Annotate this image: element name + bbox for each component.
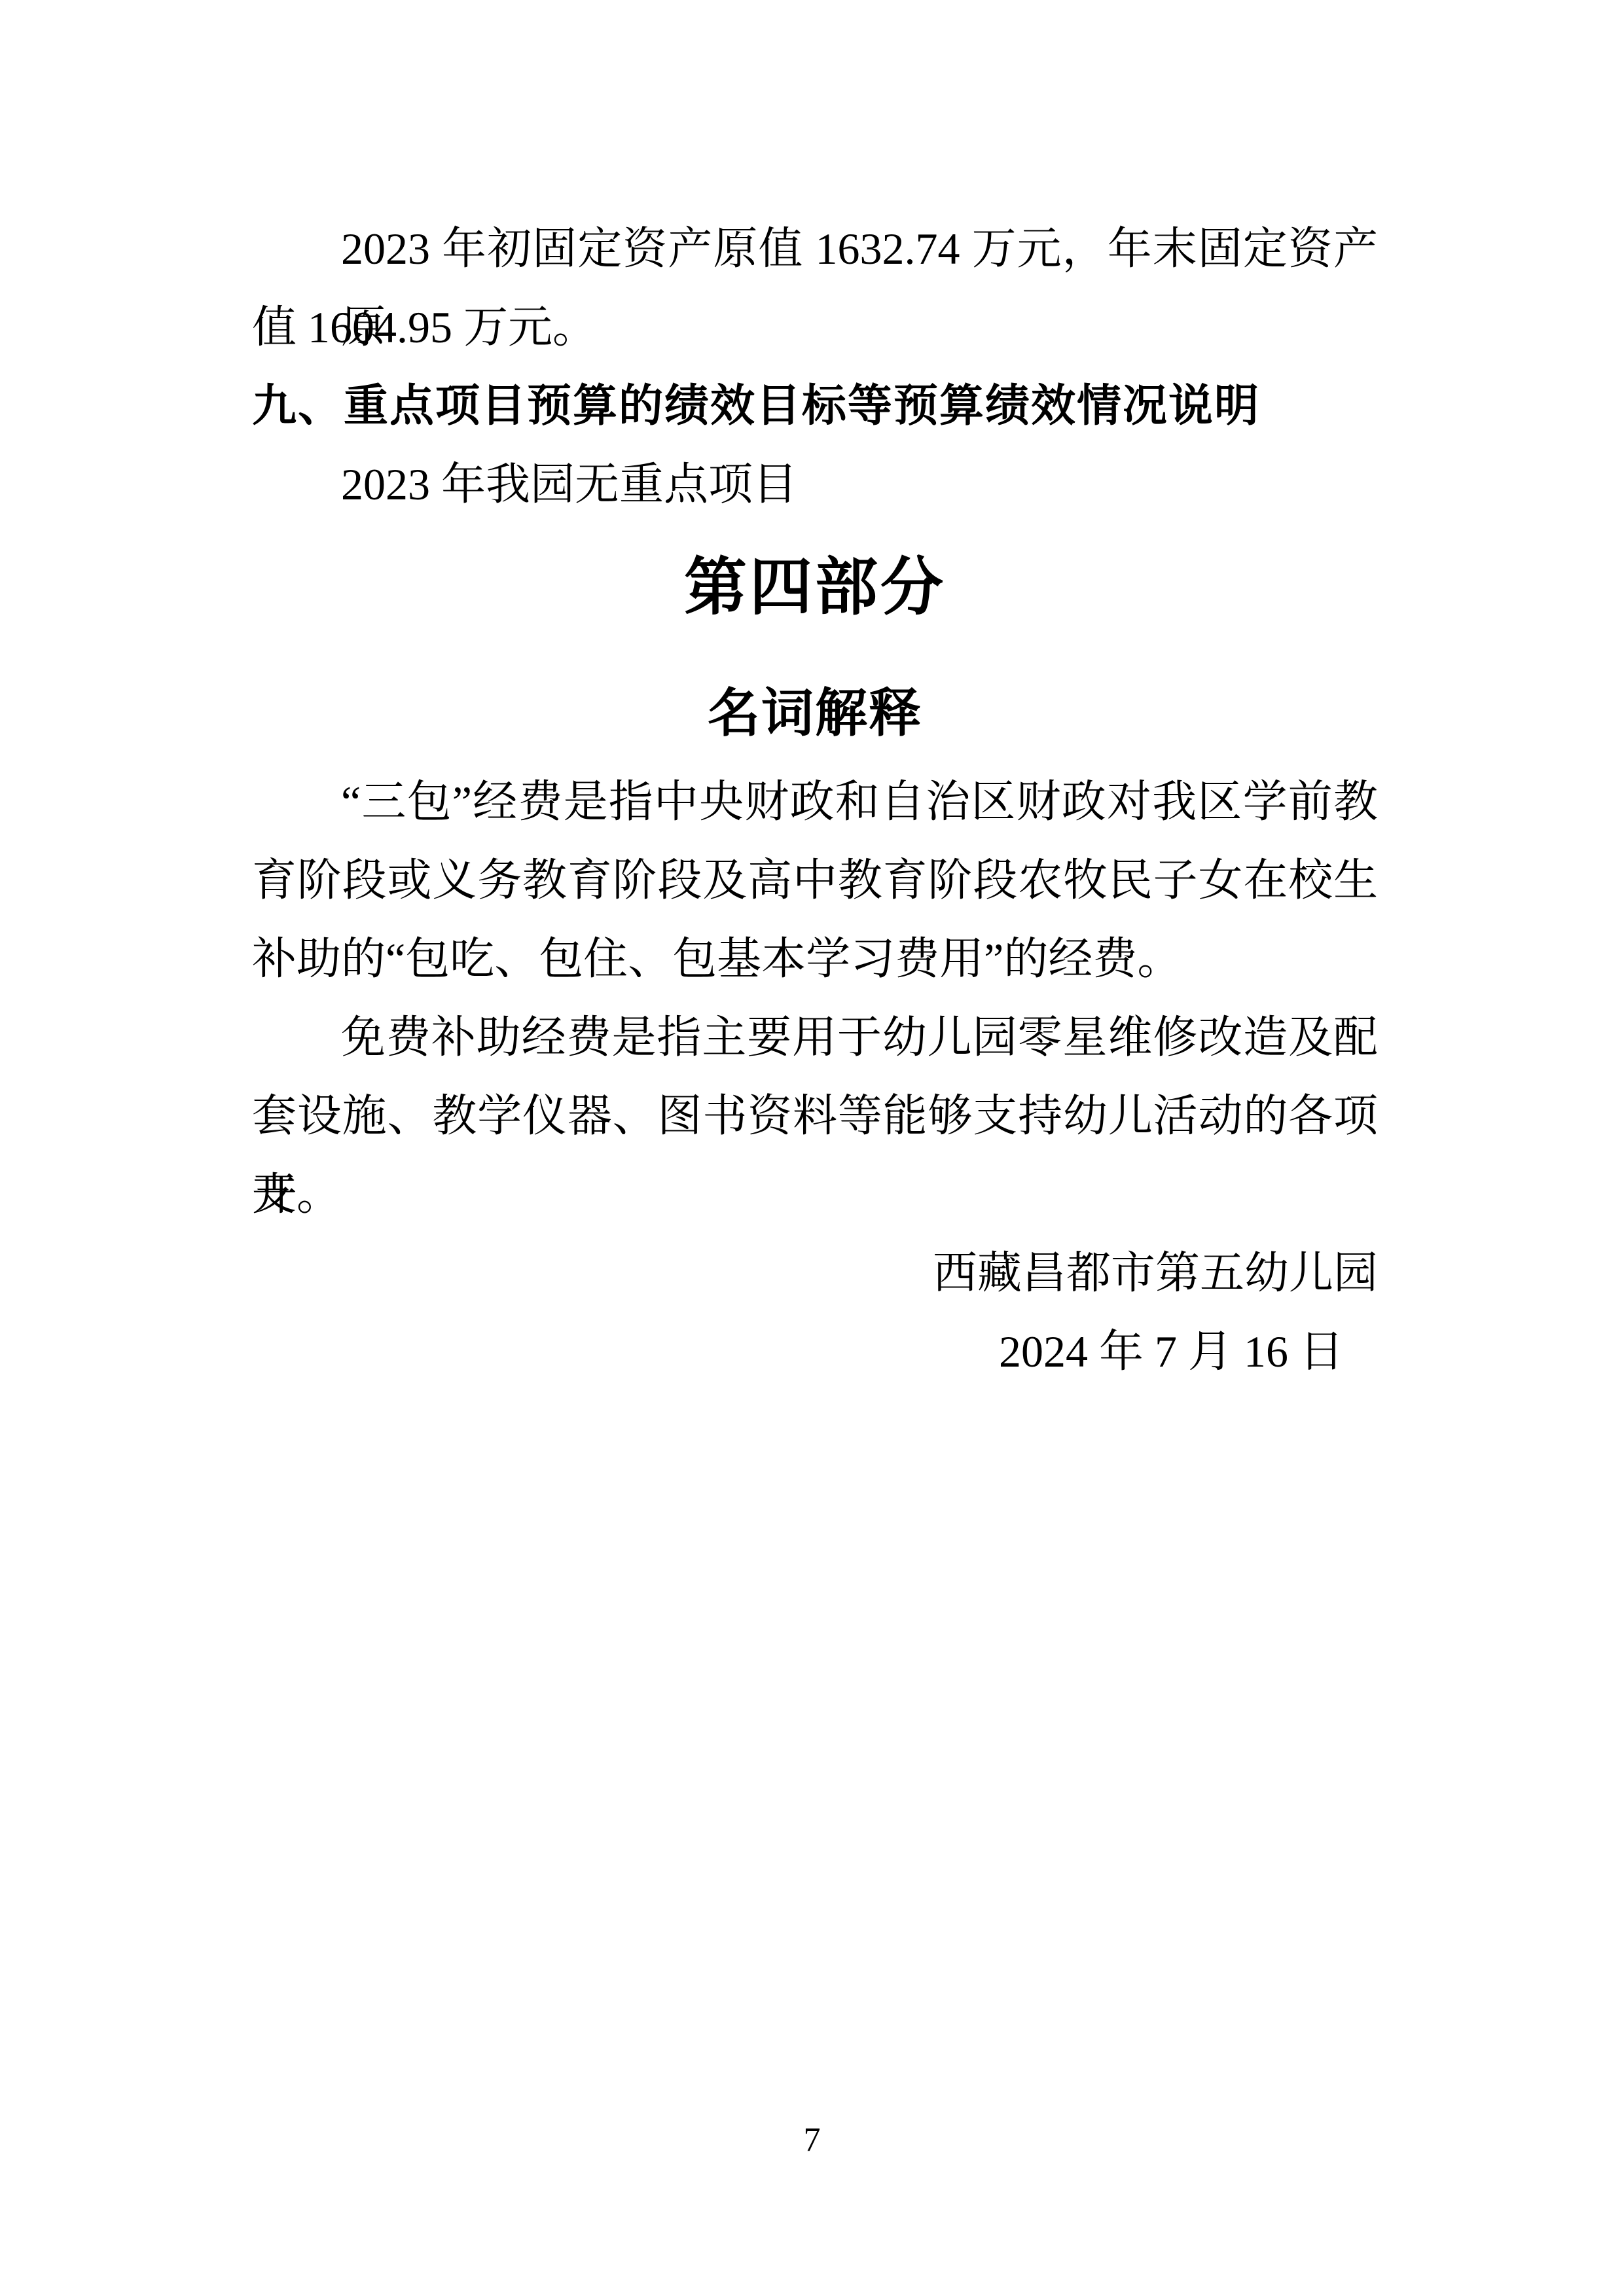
glossary-subtitle: 名词解释 (252, 668, 1378, 759)
fixed-assets-line-2: 值 1604.95 万元。 (252, 288, 1378, 367)
glossary-para1-line3: 补助的“包吃、包住、包基本学习费用”的经费。 (252, 920, 1378, 998)
signature-date: 2024 年 7 月 16 日 (252, 1312, 1378, 1391)
section-nine-body: 2023 年我园无重点项目 (252, 445, 1378, 524)
fixed-assets-line-1: 2023 年初固定资产原值 1632.74 万元，年末固定资产原 (252, 209, 1378, 288)
glossary-para2-line2: 套设施、教学仪器、图书资料等能够支持幼儿活动的各项开 (252, 1077, 1378, 1155)
glossary-para2-line3: 支。 (252, 1155, 1378, 1234)
page-number: 7 (0, 2121, 1624, 2160)
glossary-para1-line1: “三包”经费是指中央财政和自治区财政对我区学前教 (252, 762, 1378, 841)
part-four-title: 第四部分 (252, 534, 1378, 641)
signature-organization: 西藏昌都市第五幼儿园 (252, 1234, 1378, 1312)
document-content: 2023 年初固定资产原值 1632.74 万元，年末固定资产原 值 1604.… (252, 0, 1378, 1391)
document-page: 2023 年初固定资产原值 1632.74 万元，年末固定资产原 值 1604.… (0, 0, 1624, 2296)
section-nine-heading: 九、重点项目预算的绩效目标等预算绩效情况说明 (252, 367, 1378, 445)
glossary-para2-line1: 免费补助经费是指主要用于幼儿园零星维修改造及配 (252, 998, 1378, 1077)
glossary-para1-line2: 育阶段或义务教育阶段及高中教育阶段农牧民子女在校生 (252, 841, 1378, 920)
